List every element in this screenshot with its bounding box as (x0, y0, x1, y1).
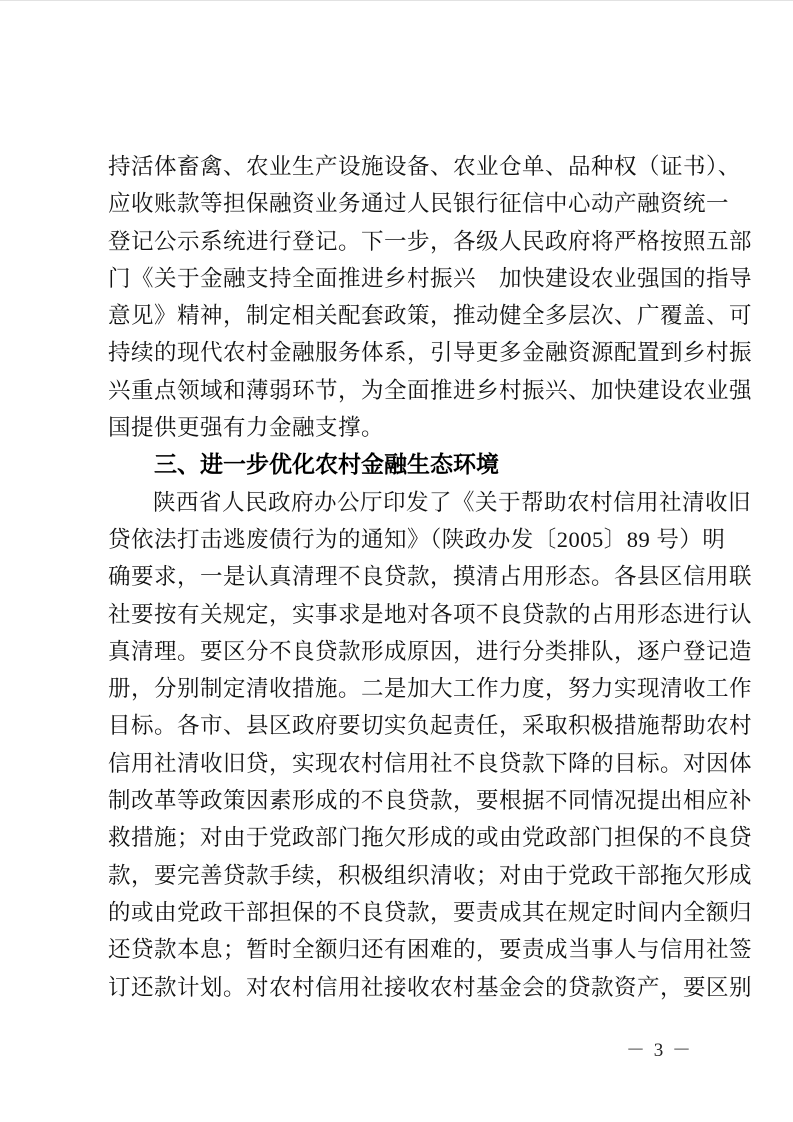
body-line: 的或由党政干部担保的不良贷款，要责成其在规定时间内全额归 (108, 894, 693, 931)
body-line: 登记公示系统进行登记。下一步，各级人民政府将严格按照五部 (108, 223, 693, 260)
body-line: 信用社清收旧贷，实现农村信用社不良贷款下降的目标。对因体 (108, 745, 693, 782)
body-line: 真清理。要区分不良贷款形成原因，进行分类排队，逐户登记造 (108, 633, 693, 670)
document-page: 持活体畜禽、农业生产设施设备、农业仓单、品种权（证书）、 应收账款等担保融资业务… (0, 0, 793, 1122)
body-line: 册，分别制定清收措施。二是加大工作力度，努力实现清收工作 (108, 670, 693, 707)
body-line: 制改革等政策因素形成的不良贷款，要根据不同情况提出相应补 (108, 782, 693, 819)
body-line: 持续的现代农村金融服务体系，引导更多金融资源配置到乡村振 (108, 334, 693, 371)
body-line: 门《关于金融支持全面推进乡村振兴 加快建设农业强国的指导 (108, 260, 693, 297)
body-line: 兴重点领域和薄弱环节，为全面推进乡村振兴、加快建设农业强 (108, 372, 693, 409)
body-line: 社要按有关规定，实事求是地对各项不良贷款的占用形态进行认 (108, 596, 693, 633)
body-line: 贷依法打击逃废债行为的通知》（陕政办发〔2005〕89 号）明 (108, 521, 693, 558)
paragraph-1: 持活体畜禽、农业生产设施设备、农业仓单、品种权（证书）、 应收账款等担保融资业务… (108, 148, 693, 446)
body-line: 订还款计划。对农村信用社接收农村基金会的贷款资产，要区别 (108, 969, 693, 1006)
body-line: 还贷款本息；暂时全额归还有困难的，要责成当事人与信用社签 (108, 931, 693, 968)
paragraph-2: 陕西省人民政府办公厅印发了《关于帮助农村信用社清收旧 贷依法打击逃废债行为的通知… (108, 484, 693, 1006)
body-line: 意见》精神，制定相关配套政策，推动健全多层次、广覆盖、可 (108, 297, 693, 334)
body-line: 确要求，一是认真清理不良贷款，摸清占用形态。各县区信用联 (108, 558, 693, 595)
body-line: 陕西省人民政府办公厅印发了《关于帮助农村信用社清收旧 (108, 484, 693, 521)
body-line: 应收账款等担保融资业务通过人民银行征信中心动产融资统一 (108, 185, 693, 222)
body-line: 目标。各市、县区政府要切实负起责任，采取积极措施帮助农村 (108, 707, 693, 744)
document-body: 持活体畜禽、农业生产设施设备、农业仓单、品种权（证书）、 应收账款等担保融资业务… (108, 148, 693, 1006)
body-line: 款，要完善贷款手续，积极组织清收；对由于党政干部拖欠形成 (108, 857, 693, 894)
body-line: 持活体畜禽、农业生产设施设备、农业仓单、品种权（证书）、 (108, 148, 693, 185)
body-line: 国提供更强有力金融支撑。 (108, 409, 693, 446)
body-line: 救措施；对由于党政部门拖欠形成的或由党政部门担保的不良贷 (108, 819, 693, 856)
section-heading: 三、进一步优化农村金融生态环境 (108, 446, 693, 483)
page-number: － 3 － (626, 1035, 693, 1062)
